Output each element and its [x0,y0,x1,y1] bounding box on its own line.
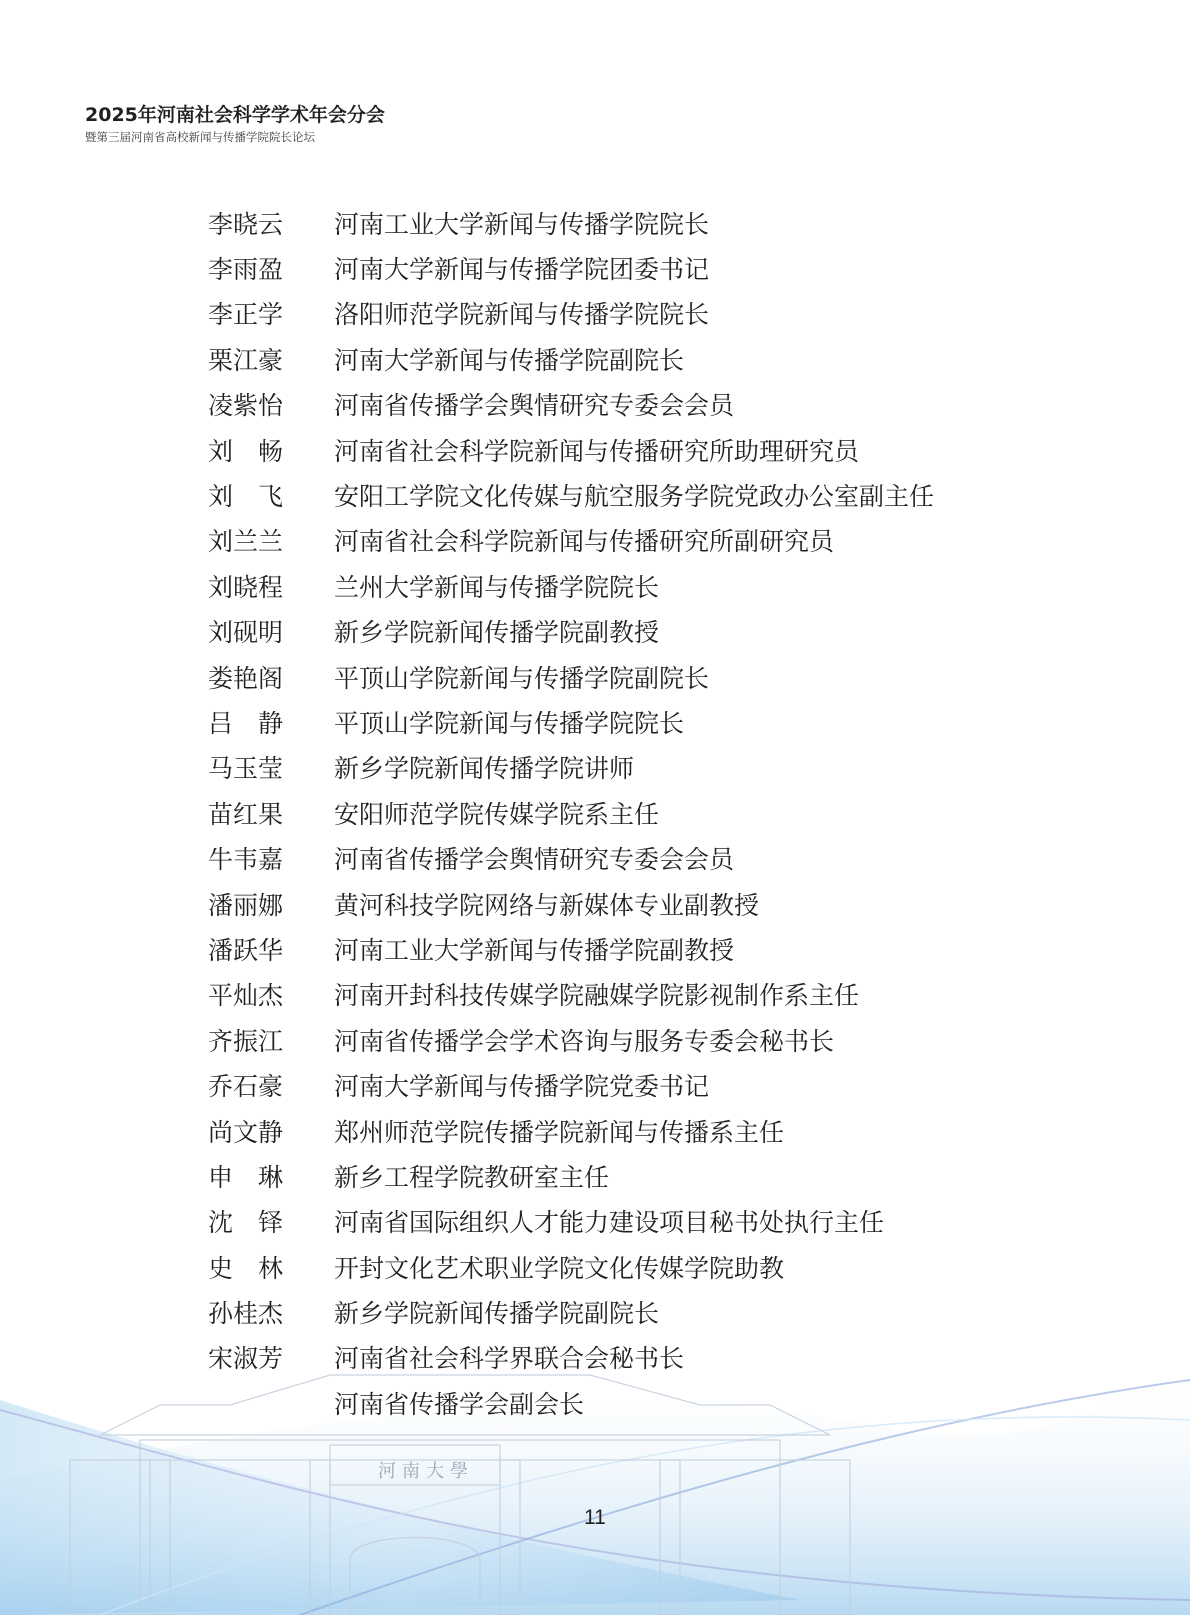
attendee-name: 沈 铎 [208,1207,334,1239]
list-item: 潘丽娜黄河科技学院网络与新媒体专业副教授 [208,883,1108,928]
list-item: 马玉莹新乡学院新闻传播学院讲师 [208,747,1108,792]
attendee-affiliation: 安阳师范学院传媒学院系主任 [334,799,1108,831]
attendee-name: 平灿杰 [208,980,334,1012]
attendee-affiliation: 河南工业大学新闻与传播学院院长 [334,209,1108,241]
list-item: 尚文静郑州师范学院传播学院新闻与传播系主任 [208,1110,1108,1155]
attendee-affiliation: 河南大学新闻与传播学院团委书记 [334,254,1108,286]
attendee-name: 刘 飞 [208,481,334,513]
list-item: 刘 畅河南省社会科学院新闻与传播研究所助理研究员 [208,429,1108,474]
header-title: 2025年河南社会科学学术年会分会 [85,103,385,127]
attendee-affiliation: 河南大学新闻与传播学院副院长 [334,345,1108,377]
attendee-name: 尚文静 [208,1117,334,1149]
list-item: 刘砚明新乡学院新闻传播学院副教授 [208,611,1108,656]
attendee-affiliation: 黄河科技学院网络与新媒体专业副教授 [334,890,1108,922]
attendee-name: 潘丽娜 [208,890,334,922]
attendee-affiliation: 郑州师范学院传播学院新闻与传播系主任 [334,1117,1108,1149]
list-item: 李雨盈河南大学新闻与传播学院团委书记 [208,247,1108,292]
list-item: 孙桂杰新乡学院新闻传播学院副院长 [208,1291,1108,1336]
list-item: 娄艳阁平顶山学院新闻与传播学院副院长 [208,656,1108,701]
attendee-affiliation: 平顶山学院新闻与传播学院院长 [334,708,1108,740]
attendee-affiliation: 河南大学新闻与传播学院党委书记 [334,1071,1108,1103]
list-item: 李晓云河南工业大学新闻与传播学院院长 [208,202,1108,247]
attendee-name: 李正学 [208,299,334,331]
attendee-affiliation: 新乡学院新闻传播学院讲师 [334,753,1108,785]
attendee-affiliation: 河南工业大学新闻与传播学院副教授 [334,935,1108,967]
list-item: 申 琳新乡工程学院教研室主任 [208,1155,1108,1200]
list-item: 刘 飞安阳工学院文化传媒与航空服务学院党政办公室副主任 [208,474,1108,519]
list-item: 平灿杰河南开封科技传媒学院融媒学院影视制作系主任 [208,974,1108,1019]
list-item: 凌紫怡河南省传播学会舆情研究专委会会员 [208,384,1108,429]
attendee-name: 宋淑芳 [208,1343,334,1375]
attendee-name: 潘跃华 [208,935,334,967]
attendee-affiliation: 河南省传播学会学术咨询与服务专委会秘书长 [334,1026,1108,1058]
list-item: 苗红果安阳师范学院传媒学院系主任 [208,792,1108,837]
attendee-name: 马玉莹 [208,753,334,785]
list-item: 吕 静平顶山学院新闻与传播学院院长 [208,701,1108,746]
attendee-list: 李晓云河南工业大学新闻与传播学院院长李雨盈河南大学新闻与传播学院团委书记李正学洛… [208,202,1108,1428]
attendee-name: 申 琳 [208,1162,334,1194]
attendee-affiliation: 河南省社会科学院新闻与传播研究所副研究员 [334,526,1108,558]
attendee-name: 栗江豪 [208,345,334,377]
attendee-affiliation: 新乡学院新闻传播学院副院长 [334,1298,1108,1330]
attendee-name: 齐振江 [208,1026,334,1058]
list-item: 宋淑芳河南省社会科学界联合会秘书长 [208,1337,1108,1382]
list-item: 李正学洛阳师范学院新闻与传播学院院长 [208,293,1108,338]
attendee-affiliation: 新乡学院新闻传播学院副教授 [334,617,1108,649]
attendee-affiliation: 河南省国际组织人才能力建设项目秘书处执行主任 [334,1207,1108,1239]
attendee-name: 苗红果 [208,799,334,831]
list-item: 齐振江河南省传播学会学术咨询与服务专委会秘书长 [208,1019,1108,1064]
gate-inscription: 河南大學 [378,1460,474,1482]
attendee-name: 刘砚明 [208,617,334,649]
attendee-name: 吕 静 [208,708,334,740]
list-item: 沈 铎河南省国际组织人才能力建设项目秘书处执行主任 [208,1201,1108,1246]
attendee-affiliation: 安阳工学院文化传媒与航空服务学院党政办公室副主任 [334,481,1108,513]
attendee-name: 李雨盈 [208,254,334,286]
list-item: 刘晓程兰州大学新闻与传播学院院长 [208,565,1108,610]
page-number: 11 [584,1506,606,1530]
attendee-affiliation: 河南省社会科学界联合会秘书长 [334,1343,1108,1375]
list-item: 史 林开封文化艺术职业学院文化传媒学院助教 [208,1246,1108,1291]
attendee-name: 刘晓程 [208,572,334,604]
attendee-name: 牛韦嘉 [208,844,334,876]
attendee-name: 孙桂杰 [208,1298,334,1330]
list-item: 乔石豪河南大学新闻与传播学院党委书记 [208,1064,1108,1109]
attendee-affiliation: 河南省传播学会副会长 [334,1389,1108,1421]
attendee-affiliation: 河南开封科技传媒学院融媒学院影视制作系主任 [334,980,1108,1012]
attendee-name: 刘 畅 [208,436,334,468]
attendee-affiliation: 河南省传播学会舆情研究专委会会员 [334,844,1108,876]
attendee-affiliation: 新乡工程学院教研室主任 [334,1162,1108,1194]
attendee-affiliation: 河南省社会科学院新闻与传播研究所助理研究员 [334,436,1108,468]
attendee-affiliation: 兰州大学新闻与传播学院院长 [334,572,1108,604]
attendee-name: 李晓云 [208,209,334,241]
attendee-name: 乔石豪 [208,1071,334,1103]
list-item: 牛韦嘉河南省传播学会舆情研究专委会会员 [208,837,1108,882]
attendee-affiliation: 河南省传播学会舆情研究专委会会员 [334,390,1108,422]
list-item: 刘兰兰河南省社会科学院新闻与传播研究所副研究员 [208,520,1108,565]
attendee-affiliation: 洛阳师范学院新闻与传播学院院长 [334,299,1108,331]
list-item: 栗江豪河南大学新闻与传播学院副院长 [208,338,1108,383]
attendee-name: 凌紫怡 [208,390,334,422]
page-header: 2025年河南社会科学学术年会分会 暨第三届河南省高校新闻与传播学院院长论坛 [85,103,385,145]
attendee-affiliation: 平顶山学院新闻与传播学院副院长 [334,663,1108,695]
attendee-affiliation: 开封文化艺术职业学院文化传媒学院助教 [334,1253,1108,1285]
header-subtitle: 暨第三届河南省高校新闻与传播学院院长论坛 [85,129,385,145]
list-item: 河南省传播学会副会长 [208,1382,1108,1427]
attendee-name: 刘兰兰 [208,526,334,558]
attendee-name: 娄艳阁 [208,663,334,695]
attendee-name: 史 林 [208,1253,334,1285]
list-item: 潘跃华河南工业大学新闻与传播学院副教授 [208,928,1108,973]
